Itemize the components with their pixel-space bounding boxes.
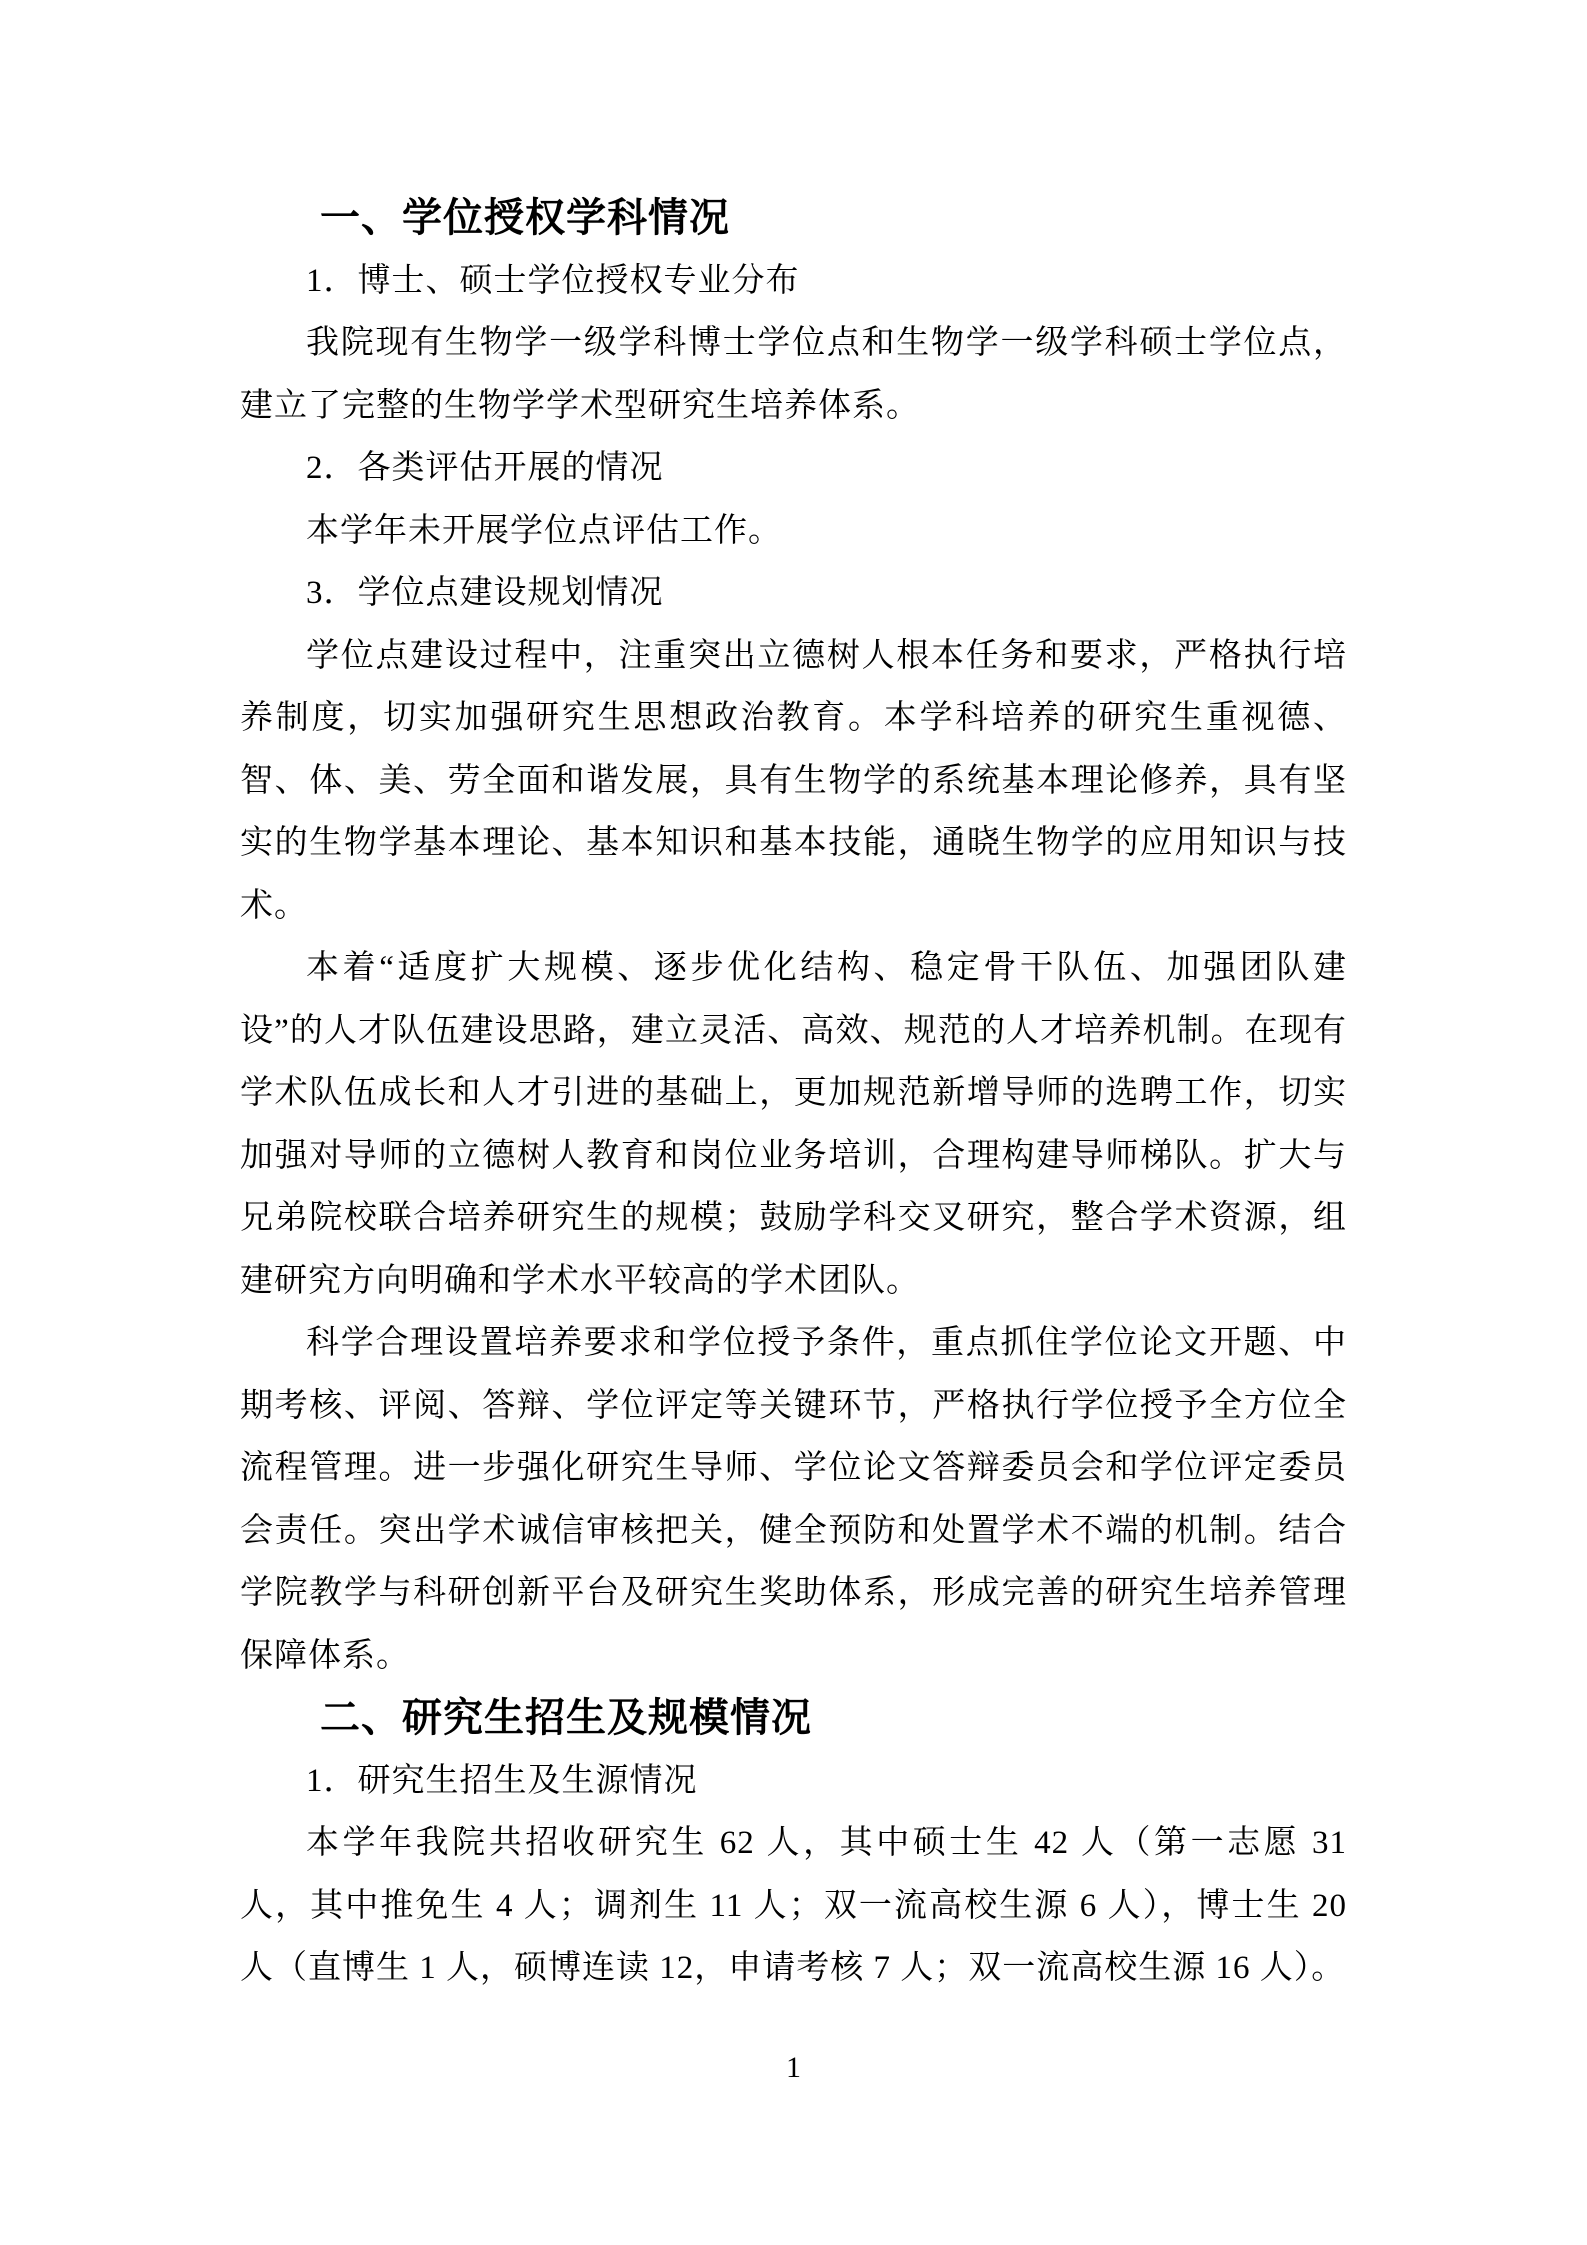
- subheading-doctor-master-distribution: 1．博士、硕士学位授权专业分布: [240, 250, 1347, 313]
- subheading-enrollment-source: 1．研究生招生及生源情况: [240, 1750, 1347, 1813]
- paragraph-enrollment-numbers: 本学年我院共招收研究生 62 人，其中硕士生 42 人（第一志愿 31 人，其中…: [240, 1812, 1347, 2000]
- subheading-construction-plan: 3．学位点建设规划情况: [240, 562, 1347, 625]
- section-heading-enrollment-scale: 二、研究生招生及规模情况: [240, 1687, 1347, 1750]
- paragraph-no-evaluation: 本学年未开展学位点评估工作。: [240, 500, 1347, 563]
- subheading-evaluation-status: 2．各类评估开展的情况: [240, 437, 1347, 500]
- paragraph-team-building: 本着“适度扩大规模、逐步优化结构、稳定骨干队伍、加强团队建设”的人才队伍建设思路…: [240, 937, 1347, 1312]
- section-heading-degree-authorization: 一、学位授权学科情况: [240, 187, 1347, 250]
- document-page: 一、学位授权学科情况 1．博士、硕士学位授权专业分布 我院现有生物学一级学科博士…: [0, 0, 1587, 2245]
- paragraph-training-requirements: 科学合理设置培养要求和学位授予条件，重点抓住学位论文开题、中期考核、评阅、答辩、…: [240, 1312, 1347, 1687]
- paragraph-construction-process: 学位点建设过程中，注重突出立德树人根本任务和要求，严格执行培养制度，切实加强研究…: [240, 625, 1347, 938]
- paragraph-degree-points: 我院现有生物学一级学科博士学位点和生物学一级学科硕士学位点，建立了完整的生物学学…: [240, 312, 1347, 437]
- page-number: 1: [0, 2048, 1587, 2088]
- document-body: 一、学位授权学科情况 1．博士、硕士学位授权专业分布 我院现有生物学一级学科博士…: [240, 187, 1347, 2000]
